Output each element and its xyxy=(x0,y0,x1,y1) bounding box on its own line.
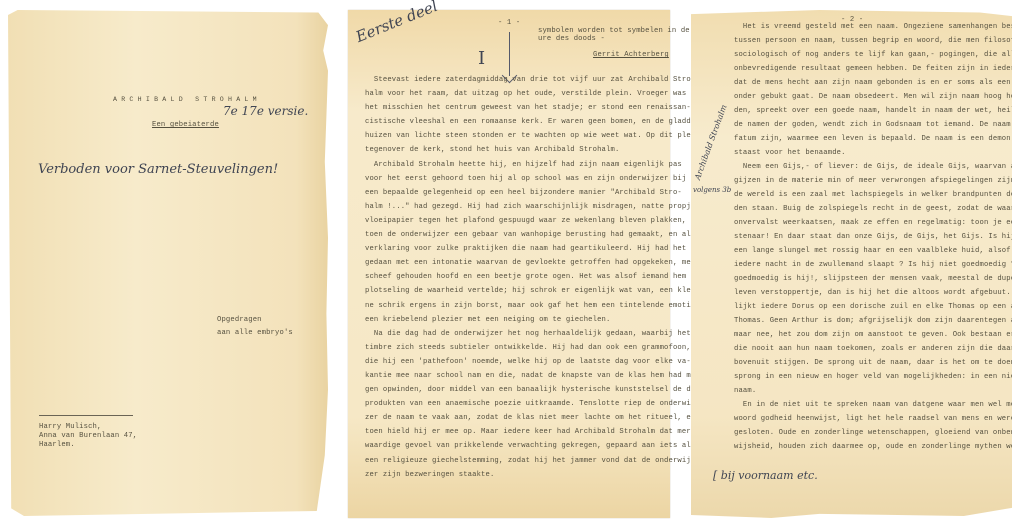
text-line: fatum zijn, waarmee een leven is bepaald… xyxy=(734,132,1024,146)
text-line: leven verstoppertje, dan is hij het die … xyxy=(734,286,1024,300)
dedication-line-1: Opgedragen xyxy=(217,315,262,326)
text-line: een kriebelend plezier met een neiging o… xyxy=(365,313,709,327)
handwritten-chapter-numeral: I xyxy=(478,48,485,69)
text-line: woord godheid heenwijst, ligt het hele r… xyxy=(734,412,1024,426)
text-line: goedmoedig is hij!, slijpsteen der mense… xyxy=(734,272,1024,286)
text-line: dat de mens hecht aan zijn naam gebonden… xyxy=(734,76,1024,90)
text-line: gedaan met een intonatie waarvan de gevl… xyxy=(365,256,709,270)
text-line: plotseling de waarheid vertelde; hij sch… xyxy=(365,284,709,298)
text-line: iedere nacht in de zwullemand slaapt ? I… xyxy=(734,258,1024,272)
text-line: wijsheid, houden zich daarmee op, oude e… xyxy=(734,440,1024,454)
book-subtitle: Een gebeiaterde xyxy=(152,120,219,131)
page-number: - 1 - xyxy=(498,18,520,29)
text-line: En in de niet uit te spreken naam van da… xyxy=(734,398,1024,412)
dedication-line-2: aan alle embryo's xyxy=(217,328,293,339)
text-line: waardige gevoel van prikkelende verwacht… xyxy=(365,439,709,453)
text-line: bovenuit stijgen. De sprong uit de naam,… xyxy=(734,356,1024,370)
address-line-1: Harry Mulisch, xyxy=(39,423,102,432)
address-line-3: Haarlem. xyxy=(39,441,75,450)
epigraph-line-2: ure des doods - xyxy=(538,35,605,43)
text-line: staast voor het benaamde. xyxy=(734,146,1024,160)
text-line: cistische vleeshal en een romaanse kerk.… xyxy=(365,115,709,129)
text-line: een bepaalde gelegenheid op een heel bij… xyxy=(365,186,709,200)
text-line: naam. xyxy=(734,384,1024,398)
text-line: voor het eerst gehoord toen hij al op sc… xyxy=(365,172,709,186)
epigraph-line-1: symbolen worden tot symbelen in de xyxy=(538,27,690,35)
text-line: het misschien het centrum geweest van he… xyxy=(365,101,709,115)
body-text: Het is vreemd gesteld met een naam. Onge… xyxy=(734,20,1024,454)
address-divider xyxy=(39,415,133,416)
manuscript-title-page: A R C H I B A L D S T R O H A L M 7e 17e… xyxy=(8,10,328,516)
text-line: ne schrik ergens in zijn borst, maar ook… xyxy=(365,299,709,313)
text-line: onvervalst weerkaatsen, maak ze effen en… xyxy=(734,216,1024,230)
text-line: Neem een Gijs,- of liever: de Gijs, de i… xyxy=(734,160,1024,174)
text-line: de namen der goden, wendt zich in Godsna… xyxy=(734,118,1024,132)
text-line: onder gebukt gaat. De naam obsedeert. Me… xyxy=(734,90,1024,104)
text-line: een religieuze giechelstemming, zodat hi… xyxy=(365,454,709,468)
text-line: scheef gehouden hoofd en een beetje grot… xyxy=(365,270,709,284)
text-line: Na die dag had de onderwijzer het nog he… xyxy=(365,327,709,341)
text-line: timbre zich steeds subtieler ontwikkelde… xyxy=(365,341,709,355)
text-line: kantie mee naar school nam en die, nadat… xyxy=(365,369,709,383)
handwritten-warning-note: Verboden voor Sarnet-Steuvelingen! xyxy=(38,162,278,177)
text-line: Het is vreemd gesteld met een naam. Onge… xyxy=(734,20,1024,34)
text-line: onbevredigende resultaat gemeen hebben. … xyxy=(734,62,1024,76)
text-line: Archibald Strohalm heette hij, en hijzel… xyxy=(365,158,709,172)
text-line: sociologisch of nog anders te lijf kan g… xyxy=(734,48,1024,62)
text-line: den staan. Buig de zolspiegels recht in … xyxy=(734,202,1024,216)
text-line: gen opwinden, door middel van een banaal… xyxy=(365,383,709,397)
text-line: zer de naam te vaak aan, zodat de klas n… xyxy=(365,411,709,425)
text-line: die hij een 'pathefoon' noemde, welke hi… xyxy=(365,355,709,369)
handwritten-version-note: 7e 17e versie. xyxy=(223,104,308,118)
address-line-2: Anna van Burenlaan 47, xyxy=(39,432,137,441)
text-line: verklaring voor zulke praktijken die naa… xyxy=(365,242,709,256)
text-line: die nooit aan hun naam toekomen, zoals e… xyxy=(734,342,1024,356)
text-line: den, spreekt over een goede naam, handel… xyxy=(734,104,1024,118)
text-line: stenaar! En daar staat dan onze Gijs, de… xyxy=(734,230,1024,244)
text-line: tegenover de kerk, stond het huis van Ar… xyxy=(365,143,709,157)
manuscript-page-2: - 2 - Archibald Strohalm volgens 3b Het … xyxy=(691,10,1012,518)
text-line: gesloten. Oude en zonderlinge wetenschap… xyxy=(734,426,1024,440)
margin-note-name: Archibald Strohalm xyxy=(693,103,729,181)
text-line: vloeipapier tegen het plafond gespuugd w… xyxy=(365,214,709,228)
text-line: toen hield hij er mee op. Maar iedere ke… xyxy=(365,425,709,439)
margin-note-reference: volgens 3b xyxy=(693,186,731,194)
text-line: de wereld is een zaal met lachspiegels i… xyxy=(734,188,1024,202)
text-line: halm !..." had gezegd. Hij had zich waar… xyxy=(365,200,709,214)
text-line: produkten van een anaemische poezie uitk… xyxy=(365,397,709,411)
body-text: Steevast iedere zaterdagmiddag van drie … xyxy=(365,73,709,482)
text-line: huizen van lichte steen stonden er te wa… xyxy=(365,129,709,143)
text-line: halm voor het raam, dat uitzag op het ou… xyxy=(365,87,709,101)
manuscript-page-1: Eerste deel - 1 - I symbolen worden tot … xyxy=(348,10,670,518)
text-line: zer zijn bezweringen staakte. xyxy=(365,468,709,482)
handwritten-part-label: Eerste deel xyxy=(353,0,440,46)
text-line: lijkt iedere Dorus op een dorische zuil … xyxy=(734,300,1024,314)
epigraph-author: Gerrit Achterberg xyxy=(593,50,669,61)
text-line: tussen persoon en naam, tussen begrip en… xyxy=(734,34,1024,48)
text-line: Thomas. Geen Arthur is dom; afgrijselijk… xyxy=(734,314,1024,328)
text-line: toen de onderwijzer een gebaar van wanho… xyxy=(365,228,709,242)
text-line: gijzen in de materie min of meer verwron… xyxy=(734,174,1024,188)
text-line: maar nee, het zou dom zijn om aanstoot t… xyxy=(734,328,1024,342)
text-line: sprong in een nieuw en hoger veld van mo… xyxy=(734,370,1024,384)
text-line: Steevast iedere zaterdagmiddag van drie … xyxy=(365,73,709,87)
text-line: een lange slungel met rossig haar en een… xyxy=(734,244,1024,258)
handwritten-footnote: [ bij voornaam etc. xyxy=(713,469,818,482)
